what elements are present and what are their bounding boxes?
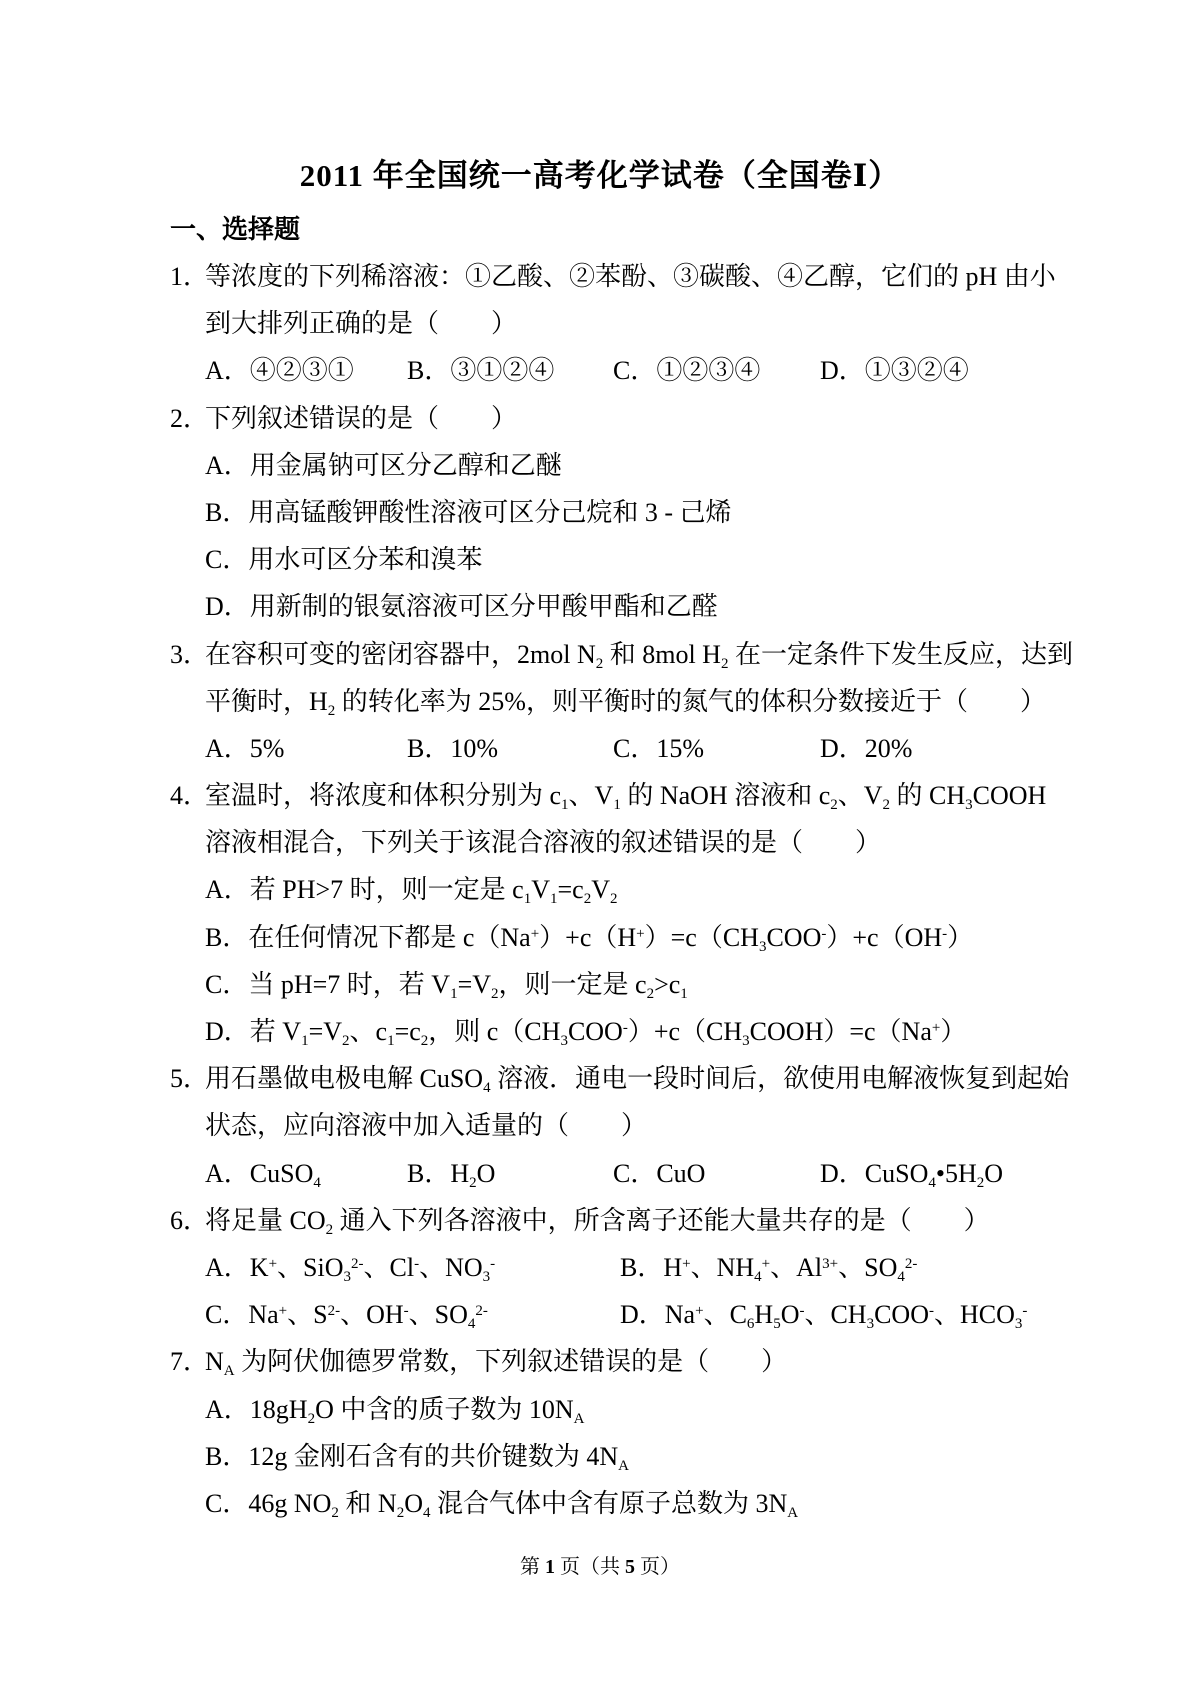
question-number: 3．	[170, 631, 205, 678]
stem-line: 溶液相混合，下列关于该混合溶液的叙述错误的是（ ）	[170, 819, 1030, 866]
question-number: 6．	[170, 1197, 205, 1244]
stem-text: 等浓度的下列稀溶液：①乙酸、②苯酚、③碳酸、④乙醇，它们的 pH 由小	[205, 262, 1056, 291]
options-row: A．5%B．10%C．15%D．20%	[170, 725, 1030, 772]
question-number: 5．	[170, 1055, 205, 1102]
question-number: 2．	[170, 395, 205, 442]
page-number: 1	[545, 1556, 555, 1578]
options-row: A．CuSO4B．H2OC．CuOD．CuSO4•5H2O	[170, 1150, 1030, 1197]
options-row: C．46g NO2 和 N2O4 混合气体中含有原子总数为 3NA	[170, 1480, 1030, 1527]
question-number: 7．	[170, 1338, 205, 1385]
questions-container: 1．等浓度的下列稀溶液：①乙酸、②苯酚、③碳酸、④乙醇，它们的 pH 由小到大排…	[170, 253, 1030, 1527]
option: C．46g NO2 和 N2O4 混合气体中含有原子总数为 3NA	[205, 1489, 798, 1518]
question-number: 4．	[170, 772, 205, 819]
total-pages: 5	[625, 1556, 635, 1578]
option: A．18gH2O 中含的质子数为 10NA	[205, 1395, 584, 1424]
option: A．CuSO4	[205, 1150, 407, 1197]
question: 4．室温时，将浓度和体积分别为 c1、V1 的 NaOH 溶液和 c2、V2 的…	[170, 772, 1030, 1055]
question: 2．下列叙述错误的是（ ）A．用金属钠可区分乙醇和乙醚B．用高锰酸钾酸性溶液可区…	[170, 395, 1030, 631]
options-row: B．在任何情况下都是 c（Na+）+c（H+）=c（CH3COO-）+c（OH-…	[170, 914, 1030, 961]
section-heading: 一、选择题	[170, 215, 1030, 245]
option: A．用金属钠可区分乙醇和乙醚	[205, 451, 562, 480]
option: A．④②③①	[205, 347, 407, 394]
option: A．5%	[205, 725, 407, 772]
option: D．20%	[820, 725, 1030, 772]
stem-line: 2．下列叙述错误的是（ ）	[170, 395, 1030, 442]
stem-line: 1．等浓度的下列稀溶液：①乙酸、②苯酚、③碳酸、④乙醇，它们的 pH 由小	[170, 253, 1030, 300]
stem-line: 5．用石墨做电极电解 CuSO4 溶液．通电一段时间后，欲使用电解液恢复到起始	[170, 1055, 1030, 1102]
stem-line: 平衡时，H2 的转化率为 25%，则平衡时的氮气的体积分数接近于（ ）	[170, 678, 1030, 725]
option: D．①③②④	[820, 347, 1030, 394]
document-page: 2011 年全国统一高考化学试卷（全国卷Ⅰ） 一、选择题 1．等浓度的下列稀溶液…	[0, 0, 1200, 1698]
options-row: A．④②③①B．③①②④C．①②③④D．①③②④	[170, 347, 1030, 394]
question-number: 1．	[170, 253, 205, 300]
options-row: A．若 PH>7 时，则一定是 c1V1=c2V2	[170, 866, 1030, 913]
option: C．用水可区分苯和溴苯	[205, 545, 482, 574]
option: C．Na+、S2-、OH-、SO42-	[205, 1291, 620, 1338]
option: C．当 pH=7 时，若 V1=V2，则一定是 c2>c1	[205, 970, 688, 999]
page-title: 2011 年全国统一高考化学试卷（全国卷Ⅰ）	[170, 158, 1030, 194]
stem-line: 到大排列正确的是（ ）	[170, 300, 1030, 347]
stem-text: 将足量 CO2 通入下列各溶液中，所含离子还能大量共存的是（ ）	[205, 1206, 990, 1235]
stem-line: 状态，应向溶液中加入适量的（ ）	[170, 1102, 1030, 1149]
option: B．10%	[407, 725, 613, 772]
options-row: B．12g 金刚石含有的共价键数为 4NA	[170, 1433, 1030, 1480]
footer-pre: 第	[520, 1556, 545, 1578]
stem-line: 7．NA 为阿伏伽德罗常数，下列叙述错误的是（ ）	[170, 1338, 1030, 1385]
stem-text: 下列叙述错误的是（ ）	[205, 404, 517, 433]
option: C．①②③④	[613, 347, 820, 394]
question: 5．用石墨做电极电解 CuSO4 溶液．通电一段时间后，欲使用电解液恢复到起始状…	[170, 1055, 1030, 1197]
option: A．若 PH>7 时，则一定是 c1V1=c2V2	[205, 875, 617, 904]
stem-text: NA 为阿伏伽德罗常数，下列叙述错误的是（ ）	[205, 1347, 787, 1376]
option: B．在任何情况下都是 c（Na+）+c（H+）=c（CH3COO-）+c（OH-…	[205, 923, 973, 952]
question: 7．NA 为阿伏伽德罗常数，下列叙述错误的是（ ）A．18gH2O 中含的质子数…	[170, 1338, 1030, 1527]
options-row: C．Na+、S2-、OH-、SO42-D．Na+、C6H5O-、CH3COO-、…	[170, 1291, 1030, 1338]
option: A．K+、SiO32-、Cl-、NO3-	[205, 1244, 620, 1291]
options-row: D．若 V1=V2、c1=c2，则 c（CH3COO-）+c（CH3COOH）=…	[170, 1008, 1030, 1055]
stem-line: 3．在容积可变的密闭容器中，2mol N2 和 8mol H2 在一定条件下发生…	[170, 631, 1030, 678]
options-row: A．18gH2O 中含的质子数为 10NA	[170, 1386, 1030, 1433]
option: C．15%	[613, 725, 820, 772]
options-row: C．用水可区分苯和溴苯	[170, 536, 1030, 583]
question: 3．在容积可变的密闭容器中，2mol N2 和 8mol H2 在一定条件下发生…	[170, 631, 1030, 773]
question: 1．等浓度的下列稀溶液：①乙酸、②苯酚、③碳酸、④乙醇，它们的 pH 由小到大排…	[170, 253, 1030, 395]
options-row: A．用金属钠可区分乙醇和乙醚	[170, 442, 1030, 489]
option: C．CuO	[613, 1150, 820, 1197]
footer-text: 第 1 页（共 5 页）	[520, 1556, 680, 1578]
page-footer: 第 1 页（共 5 页）	[0, 1554, 1200, 1580]
stem-text: 室温时，将浓度和体积分别为 c1、V1 的 NaOH 溶液和 c2、V2 的 C…	[205, 781, 1046, 810]
footer-mid: 页（共	[555, 1556, 625, 1578]
options-row: C．当 pH=7 时，若 V1=V2，则一定是 c2>c1	[170, 961, 1030, 1008]
options-row: B．用高锰酸钾酸性溶液可区分己烷和 3 - 己烯	[170, 489, 1030, 536]
option: B．H2O	[407, 1150, 613, 1197]
options-row: A．K+、SiO32-、Cl-、NO3-B．H+、NH4+、Al3+、SO42-	[170, 1244, 1030, 1291]
option: D．若 V1=V2、c1=c2，则 c（CH3COO-）+c（CH3COOH）=…	[205, 1017, 966, 1046]
stem-line: 6．将足量 CO2 通入下列各溶液中，所含离子还能大量共存的是（ ）	[170, 1197, 1030, 1244]
option: B．H+、NH4+、Al3+、SO42-	[620, 1244, 1030, 1291]
option: B．12g 金刚石含有的共价键数为 4NA	[205, 1442, 629, 1471]
option: D．CuSO4•5H2O	[820, 1150, 1030, 1197]
stem-text: 用石墨做电极电解 CuSO4 溶液．通电一段时间后，欲使用电解液恢复到起始	[205, 1064, 1069, 1093]
stem-text: 在容积可变的密闭容器中，2mol N2 和 8mol H2 在一定条件下发生反应…	[205, 640, 1073, 669]
question: 6．将足量 CO2 通入下列各溶液中，所含离子还能大量共存的是（ ）A．K+、S…	[170, 1197, 1030, 1339]
footer-post: 页）	[635, 1556, 680, 1578]
option: B．③①②④	[407, 347, 613, 394]
option: D．用新制的银氨溶液可区分甲酸甲酯和乙醛	[205, 592, 718, 621]
option: B．用高锰酸钾酸性溶液可区分己烷和 3 - 己烯	[205, 498, 732, 527]
options-row: D．用新制的银氨溶液可区分甲酸甲酯和乙醛	[170, 583, 1030, 630]
stem-line: 4．室温时，将浓度和体积分别为 c1、V1 的 NaOH 溶液和 c2、V2 的…	[170, 772, 1030, 819]
option: D．Na+、C6H5O-、CH3COO-、HCO3-	[620, 1291, 1030, 1338]
